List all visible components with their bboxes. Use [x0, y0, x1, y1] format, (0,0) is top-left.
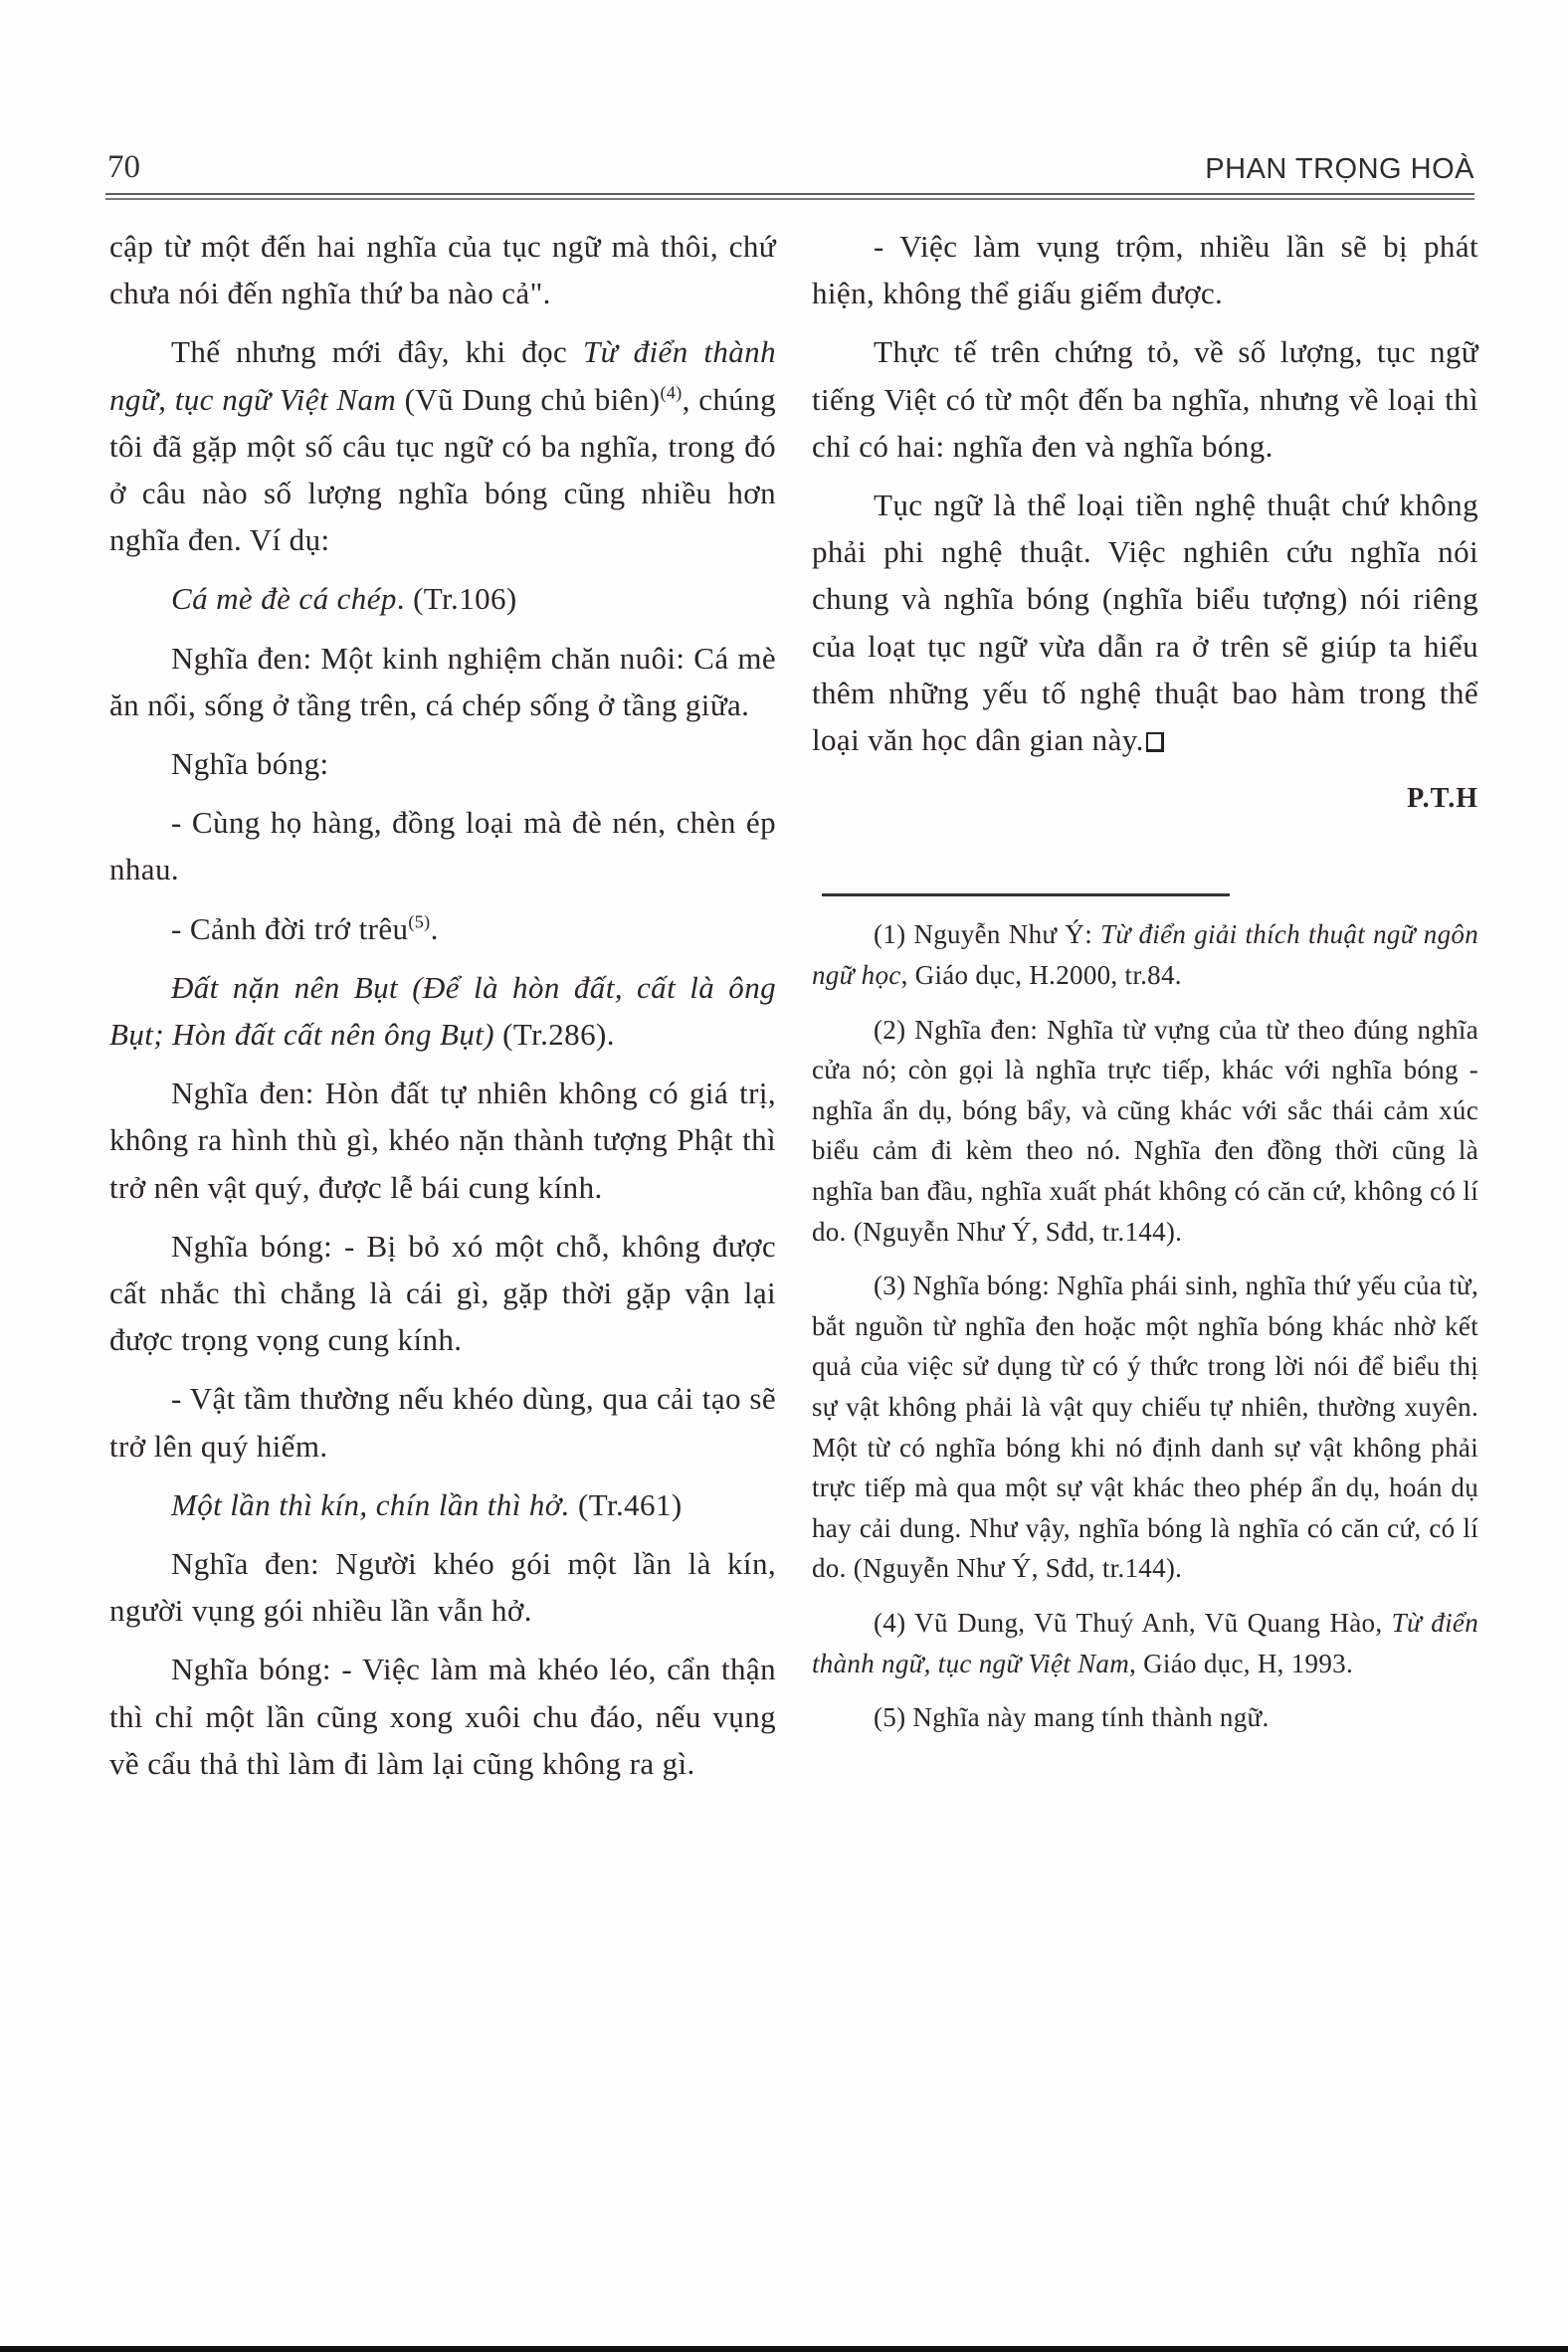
italic-citation: Một lần thì kín, chín lần thì hở. [171, 1487, 570, 1522]
text-run: Thực tế trên chứng tỏ, về số lượng, tục … [812, 334, 1478, 463]
text-run: (Tr.286). [494, 1017, 615, 1052]
text-run: Thế nhưng mới đây, khi đọc [171, 334, 583, 369]
paragraph: Thế nhưng mới đây, khi đọc Từ điển thành… [109, 328, 776, 563]
paragraph: (4) Vũ Dung, Vũ Thuý Anh, Vũ Quang Hào, … [812, 1603, 1478, 1683]
text-run: (2) Nghĩa đen: Nghĩa từ vựng của từ theo… [812, 1015, 1478, 1247]
text-run: Nghĩa bóng: - Việc làm mà khéo léo, cẩn … [109, 1652, 776, 1780]
paragraph: - Cảnh đời trớ trêu(5). [109, 905, 776, 952]
text-run: , Giáo dục, H, 1993. [1129, 1649, 1353, 1678]
text-run: . [431, 911, 439, 946]
running-head-author: PHAN TRỌNG HOÀ [1205, 153, 1474, 186]
text-run: (3) Nghĩa bóng: Nghĩa phái sinh, nghĩa t… [812, 1271, 1478, 1583]
text-run: . (Tr.106) [397, 581, 517, 616]
scan-bottom-edge [0, 2346, 1568, 2352]
paragraph: (1) Nguyễn Như Ý: Từ điển giải thích thu… [812, 914, 1478, 995]
paragraph: Cá mè đè cá chép. (Tr.106) [109, 575, 776, 622]
text-run: cập từ một đến hai nghĩa của tục ngữ mà … [109, 229, 776, 310]
paragraph: - Vật tầm thường nếu khéo dùng, qua cải … [109, 1375, 776, 1469]
text-run: Nghĩa đen: Hòn đất tự nhiên không có giá… [109, 1076, 776, 1204]
paragraph: Nghĩa đen: Người khéo gói một lần là kín… [109, 1540, 776, 1634]
author-signature: P.T.H [812, 775, 1478, 822]
left-column: cập từ một đến hai nghĩa của tục ngữ mà … [109, 223, 776, 1799]
footnote-reference: (5) [408, 911, 430, 931]
italic-citation: Cá mè đè cá chép [171, 581, 397, 616]
text-run: (Tr.461) [570, 1487, 683, 1522]
text-run: (4) Vũ Dung, Vũ Thuý Anh, Vũ Quang Hào, [874, 1608, 1392, 1638]
text-run: Nghĩa bóng: [171, 746, 329, 781]
text-run: (Vũ Dung chủ biên) [396, 382, 660, 417]
paragraph: Nghĩa bóng: - Việc làm mà khéo léo, cẩn … [109, 1646, 776, 1787]
footnote-divider [822, 893, 1230, 896]
paragraph: Nghĩa bóng: - Bị bỏ xó một chỗ, không đư… [109, 1223, 776, 1364]
page-number: 70 [107, 149, 140, 186]
paragraph: Thực tế trên chứng tỏ, về số lượng, tục … [812, 328, 1478, 470]
paragraph: cập từ một đến hai nghĩa của tục ngữ mà … [109, 223, 776, 316]
text-run: Nghĩa bóng: - Bị bỏ xó một chỗ, không đư… [109, 1229, 776, 1357]
right-column: - Việc làm vụng trộm, nhiều lần sẽ bị ph… [812, 223, 1478, 1752]
paragraph: Nghĩa đen: Hòn đất tự nhiên không có giá… [109, 1070, 776, 1211]
paragraph: (3) Nghĩa bóng: Nghĩa phái sinh, nghĩa t… [812, 1266, 1478, 1589]
footnotes: (1) Nguyễn Như Ý: Từ điển giải thích thu… [812, 914, 1478, 1737]
paragraph: - Việc làm vụng trộm, nhiều lần sẽ bị ph… [812, 223, 1478, 316]
paragraph: - Cùng họ hàng, đồng loại mà đè nén, chè… [109, 799, 776, 892]
text-run: Nghĩa đen: Người khéo gói một lần là kín… [109, 1546, 776, 1628]
text-run: - Cùng họ hàng, đồng loại mà đè nén, chè… [109, 805, 776, 886]
paragraph: (2) Nghĩa đen: Nghĩa từ vựng của từ theo… [812, 1010, 1478, 1253]
text-run: - Vật tầm thường nếu khéo dùng, qua cải … [109, 1381, 776, 1463]
end-of-article-square-icon [1146, 732, 1164, 752]
text-run: (1) Nguyễn Như Ý: [874, 919, 1100, 949]
paragraph: (5) Nghĩa này mang tính thành ngữ. [812, 1697, 1478, 1738]
text-run: Tục ngữ là thể loại tiền nghệ thuật chứ … [812, 488, 1478, 757]
paragraph: Nghĩa đen: Một kinh nghiệm chăn nuôi: Cá… [109, 635, 776, 728]
left-column-body: cập từ một đến hai nghĩa của tục ngữ mà … [109, 223, 776, 1787]
footnote-reference: (4) [660, 382, 682, 402]
paragraph: Nghĩa bóng: [109, 740, 776, 787]
text-run: Nghĩa đen: Một kinh nghiệm chăn nuôi: Cá… [109, 641, 776, 722]
paragraph: Một lần thì kín, chín lần thì hở. (Tr.46… [109, 1481, 776, 1528]
text-run: - Cảnh đời trớ trêu [171, 911, 408, 946]
header-double-rule [105, 193, 1474, 200]
paragraph: Tục ngữ là thể loại tiền nghệ thuật chứ … [812, 482, 1478, 763]
paragraph: Đất nặn nên Bụt (Để là hòn đất, cất là ô… [109, 964, 776, 1058]
italic-citation: Đất nặn nên Bụt (Để là hòn đất, cất là ô… [109, 970, 776, 1052]
text-run: - Việc làm vụng trộm, nhiều lần sẽ bị ph… [812, 229, 1478, 310]
right-column-body: - Việc làm vụng trộm, nhiều lần sẽ bị ph… [812, 223, 1478, 763]
text-run: , Giáo dục, H.2000, tr.84. [901, 960, 1182, 990]
text-run: (5) Nghĩa này mang tính thành ngữ. [874, 1702, 1270, 1732]
